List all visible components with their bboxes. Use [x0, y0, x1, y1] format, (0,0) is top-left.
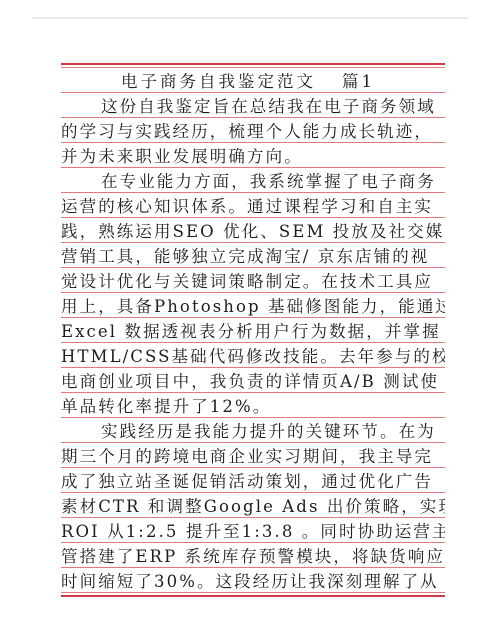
text-line: 并为未来职业发展明确方向。 [61, 143, 445, 168]
text-line-content: 成了独立站圣诞促销活动策划，通过优化广告 [61, 472, 433, 491]
text-line-content: 营销工具，能够独立完成淘宝/ 京东店铺的视 [61, 247, 429, 266]
text-line-content: 在专业能力方面，我系统掌握了电子商务 [101, 172, 436, 191]
bottom-double-rule [61, 593, 445, 597]
text-line-content: 践，熟练运用SEO 优化、SEM 投放及社交媒体 [61, 222, 445, 241]
text-line-content: ROI 从1:2.5 提升至1:3.8 。同时协助运营主 [61, 522, 445, 541]
document-title-suffix: 篇1 [342, 72, 375, 91]
page-edge-shadow [32, 17, 468, 19]
text-line: HTML/CSS基础代码修改技能。去年参与的校园 [61, 343, 445, 368]
document-title-line: 电子商务自我鉴定范文篇1 [61, 68, 445, 93]
text-line-content: 觉设计优化与关键词策略制定。在技术工具应 [61, 272, 433, 291]
text-line: 时间缩短了30%。这段经历让我深刻理解了从 [61, 568, 445, 593]
text-line-content: 期三个月的跨境电商企业实习期间，我主导完 [61, 447, 433, 466]
text-line: 电商创业项目中，我负责的详情页A/B 测试使 [61, 368, 445, 393]
text-line: 践，熟练运用SEO 优化、SEM 投放及社交媒体 [61, 218, 445, 243]
text-line: 素材CTR 和调整Google Ads 出价策略，实现 [61, 493, 445, 518]
document-title: 电子商务自我鉴定范文 [121, 72, 316, 91]
text-line-content: 的学习与实践经历，梳理个人能力成长轨迹， [61, 122, 433, 141]
text-line-content: 用上，具备Photoshop 基础修图能力，能通过 [61, 297, 445, 316]
text-line-content: 运营的核心知识体系。通过课程学习和自主实 [61, 197, 433, 216]
text-line: 这份自我鉴定旨在总结我在电子商务领域 [61, 93, 445, 118]
text-line: ROI 从1:2.5 提升至1:3.8 。同时协助运营主 [61, 518, 445, 543]
text-line-content: 时间缩短了30%。这段经历让我深刻理解了从 [61, 572, 439, 591]
text-line: 营销工具，能够独立完成淘宝/ 京东店铺的视 [61, 243, 445, 268]
text-line-content: 管搭建了ERP 系统库存预警模块，将缺货响应 [61, 547, 445, 566]
text-line: 在专业能力方面，我系统掌握了电子商务 [61, 168, 445, 193]
text-line: 期三个月的跨境电商企业实习期间，我主导完 [61, 443, 445, 468]
text-line: 实践经历是我能力提升的关键环节。在为 [61, 418, 445, 443]
text-line-content: 实践经历是我能力提升的关键环节。在为 [101, 422, 436, 441]
text-line: 单品转化率提升了12%。 [61, 393, 445, 418]
text-line: 运营的核心知识体系。通过课程学习和自主实 [61, 193, 445, 218]
text-line-content: Excel 数据透视表分析用户行为数据，并掌握 [61, 322, 441, 341]
text-line: 用上，具备Photoshop 基础修图能力，能通过 [61, 293, 445, 318]
text-line: 的学习与实践经历，梳理个人能力成长轨迹， [61, 118, 445, 143]
text-line-content: 并为未来职业发展明确方向。 [61, 147, 303, 166]
text-line: 觉设计优化与关键词策略制定。在技术工具应 [61, 268, 445, 293]
text-line: Excel 数据透视表分析用户行为数据，并掌握 [61, 318, 445, 343]
text-line: 成了独立站圣诞促销活动策划，通过优化广告 [61, 468, 445, 493]
lined-paper-document: 电子商务自我鉴定范文篇1 这份自我鉴定旨在总结我在电子商务领域 的学习与实践经历… [61, 63, 445, 597]
text-line-content: 这份自我鉴定旨在总结我在电子商务领域 [101, 97, 436, 116]
text-line-content: HTML/CSS基础代码修改技能。去年参与的校园 [61, 347, 445, 366]
text-line: 管搭建了ERP 系统库存预警模块，将缺货响应 [61, 543, 445, 568]
text-line-content: 素材CTR 和调整Google Ads 出价策略，实现 [61, 497, 445, 516]
text-line-content: 电商创业项目中，我负责的详情页A/B 测试使 [61, 372, 439, 391]
text-line-content: 单品转化率提升了12%。 [61, 397, 271, 416]
